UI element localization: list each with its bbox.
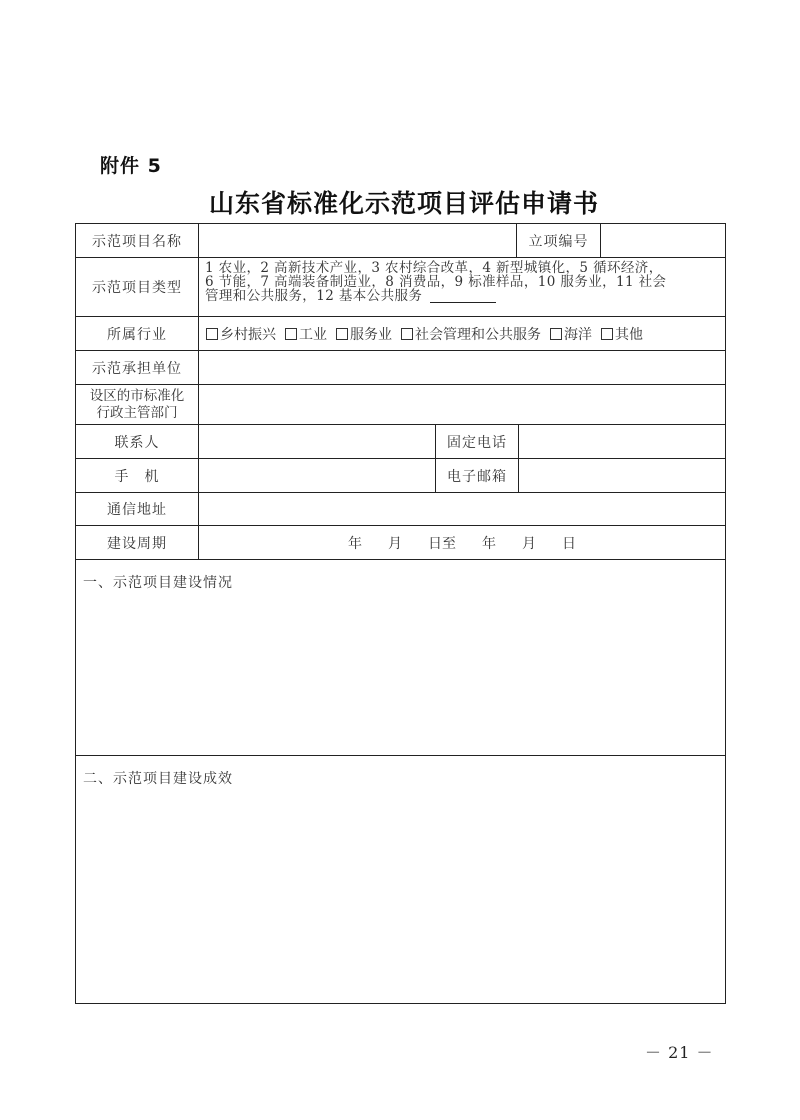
landline-field[interactable] [519, 425, 725, 458]
section-1-title: 一、示范项目建设情况 [83, 572, 233, 592]
industry-label: 所属行业 [76, 317, 199, 350]
project-type-blank-field[interactable] [430, 291, 496, 303]
option-label: 社会管理和公共服务 [415, 324, 541, 344]
project-type-line-3: 管理和公共服务，12 基本公共服务 [205, 288, 422, 304]
checkbox-icon[interactable] [206, 328, 218, 340]
mobile-label: 手 机 [76, 459, 199, 492]
checkbox-icon[interactable] [285, 328, 297, 340]
row-undertaking-unit: 示范承担单位 [76, 351, 725, 385]
project-number-label: 立项编号 [516, 224, 601, 257]
section-construction-status[interactable]: 一、示范项目建设情况 [76, 560, 725, 756]
checkbox-icon[interactable] [550, 328, 562, 340]
option-label: 其他 [615, 324, 643, 344]
document-title: 山东省标准化示范项目评估申请书 [0, 184, 800, 220]
checkbox-icon[interactable] [336, 328, 348, 340]
project-type-line-1: 1 农业，2 高新技术产业，3 农村综合改革，4 新型城镇化，5 循环经济， [205, 261, 663, 275]
row-address: 通信地址 [76, 493, 725, 526]
period-month-start: 月 [388, 533, 402, 553]
row-period: 建设周期 年 月 日至 年 月 日 [76, 526, 725, 560]
page-number: － 21 － [645, 1040, 714, 1063]
project-number-field[interactable] [601, 224, 725, 257]
row-industry: 所属行业 乡村振兴 工业 服务业 社会管理和公共服务 海洋 其他 [76, 317, 725, 351]
undertaking-unit-label: 示范承担单位 [76, 351, 199, 384]
period-year-start: 年 [348, 533, 362, 553]
mobile-field[interactable] [199, 459, 435, 492]
authority-label-line-1: 设区的市标准化 [90, 388, 185, 405]
row-contact: 联系人 固定电话 [76, 425, 725, 459]
period-field[interactable]: 年 月 日至 年 月 日 [199, 526, 725, 559]
contact-person-field[interactable] [199, 425, 435, 458]
period-day-end: 日 [562, 533, 576, 553]
address-field[interactable] [199, 493, 725, 525]
project-type-label: 示范项目类型 [76, 258, 199, 316]
email-field[interactable] [519, 459, 725, 492]
authority-label: 设区的市标准化 行政主管部门 [76, 385, 199, 424]
period-label: 建设周期 [76, 526, 199, 559]
application-form-table: 示范项目名称 立项编号 示范项目类型 1 农业，2 高新技术产业，3 农村综合改… [75, 223, 726, 1004]
industry-options: 乡村振兴 工业 服务业 社会管理和公共服务 海洋 其他 [199, 317, 725, 350]
industry-option-rural[interactable]: 乡村振兴 [206, 324, 276, 344]
option-label: 海洋 [564, 324, 592, 344]
project-type-line-2: 6 节能，7 高端装备制造业，8 消费品，9 标准样品，10 服务业，11 社会 [205, 275, 666, 289]
address-label: 通信地址 [76, 493, 199, 525]
authority-field[interactable] [199, 385, 725, 424]
industry-option-other[interactable]: 其他 [601, 324, 643, 344]
checkbox-icon[interactable] [401, 328, 413, 340]
landline-label: 固定电话 [435, 425, 519, 458]
period-day-start-to: 日至 [428, 533, 456, 553]
section-construction-results[interactable]: 二、示范项目建设成效 [76, 756, 725, 1003]
contact-person-label: 联系人 [76, 425, 199, 458]
option-label: 工业 [299, 324, 327, 344]
option-label: 服务业 [350, 324, 392, 344]
row-authority: 设区的市标准化 行政主管部门 [76, 385, 725, 425]
period-year-end: 年 [482, 533, 496, 553]
option-label: 乡村振兴 [220, 324, 276, 344]
email-label: 电子邮箱 [435, 459, 519, 492]
project-name-field[interactable] [199, 224, 516, 257]
attachment-label: 附件 5 [100, 151, 162, 178]
authority-label-line-2: 行政主管部门 [97, 405, 178, 422]
period-month-end: 月 [522, 533, 536, 553]
industry-option-social[interactable]: 社会管理和公共服务 [401, 324, 541, 344]
project-type-options: 1 农业，2 高新技术产业，3 农村综合改革，4 新型城镇化，5 循环经济， 6… [199, 258, 725, 316]
row-project-type: 示范项目类型 1 农业，2 高新技术产业，3 农村综合改革，4 新型城镇化，5 … [76, 258, 725, 317]
row-mobile: 手 机 电子邮箱 [76, 459, 725, 493]
section-2-title: 二、示范项目建设成效 [83, 768, 233, 788]
industry-option-industry[interactable]: 工业 [285, 324, 327, 344]
industry-option-ocean[interactable]: 海洋 [550, 324, 592, 344]
industry-option-service[interactable]: 服务业 [336, 324, 392, 344]
row-project-name: 示范项目名称 立项编号 [76, 224, 725, 258]
undertaking-unit-field[interactable] [199, 351, 725, 384]
project-name-label: 示范项目名称 [76, 224, 199, 257]
checkbox-icon[interactable] [601, 328, 613, 340]
